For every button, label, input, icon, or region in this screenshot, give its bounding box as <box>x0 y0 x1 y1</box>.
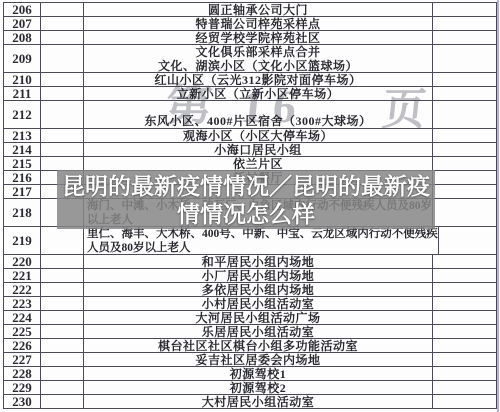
table-row: 220和平居民小组内场地 <box>4 255 496 269</box>
empty-cell <box>41 311 84 324</box>
empty-cell <box>433 45 496 72</box>
row-number: 216 <box>4 171 41 184</box>
empty-cell <box>41 17 84 30</box>
table-row: 230大村居民小组活动室 <box>4 395 496 409</box>
location-text: 特普瑞公司梓苑采样点 <box>84 17 432 31</box>
empty-cell <box>433 129 496 142</box>
empty-cell <box>41 325 84 338</box>
empty-cell <box>433 381 496 394</box>
empty-cell <box>41 157 84 170</box>
row-number: 217 <box>4 185 41 198</box>
table-row: 222多依居民小组内场地 <box>4 283 496 297</box>
location-cell: 多依居民小组内场地 <box>84 283 433 296</box>
empty-cell <box>41 45 84 72</box>
empty-cell <box>433 353 496 366</box>
empty-cell <box>433 395 496 408</box>
empty-cell <box>433 311 496 324</box>
row-number: 206 <box>4 3 41 16</box>
location-cell: 立新小区（立新小区停车场） <box>84 87 433 100</box>
location-text: 东风小区、400#片区宿舍（300#大球场） <box>84 114 432 128</box>
table-row: 215依兰片区 <box>4 157 496 171</box>
location-cell: 东风小区、400#片区宿舍（300#大球场） <box>84 101 433 128</box>
location-text: 文化俱乐部采样点合并 <box>84 45 432 59</box>
location-cell: 大村居民小组活动室 <box>84 395 433 408</box>
empty-cell <box>41 255 84 268</box>
location-cell: 大河居民小组活动广场 <box>84 311 433 324</box>
row-number: 225 <box>4 325 41 338</box>
location-text: 妥吉社区居委会内场地 <box>84 353 432 367</box>
empty-cell <box>41 339 84 352</box>
empty-cell <box>433 283 496 296</box>
empty-cell <box>433 157 496 170</box>
empty-cell <box>41 31 84 44</box>
headline-line1: 昆明的最新疫情情况／昆明的最新疫 <box>62 172 430 200</box>
empty-cell <box>433 185 496 198</box>
empty-cell <box>433 199 496 226</box>
table-row: 211立新小区（立新小区停车场） <box>4 87 496 101</box>
table-row: 219里仁、海丰、大木桥、400号、中新、中宝、云龙区域内行动不便残疾人员及80… <box>4 227 496 255</box>
row-number: 227 <box>4 353 41 366</box>
empty-cell <box>41 143 84 156</box>
location-text: 经贸学校学院梓苑社区 <box>84 31 432 45</box>
empty-cell <box>41 367 84 380</box>
table-row: 206圆正轴承公司大门 <box>4 3 496 17</box>
row-number: 226 <box>4 339 41 352</box>
table-row: 224大河居民小组活动广场 <box>4 311 496 325</box>
headline-line2: 情情况怎么样 <box>177 200 315 228</box>
empty-cell <box>433 325 496 338</box>
table-row: 228初源驾校1 <box>4 367 496 381</box>
location-text: 红山小区（云光312影院对面停车场） <box>84 73 432 87</box>
empty-cell <box>41 73 84 86</box>
location-text: 文化、湖滨小区（文化小区篮球场） <box>84 59 432 73</box>
row-number: 208 <box>4 31 41 44</box>
empty-cell <box>41 353 84 366</box>
empty-cell <box>41 3 84 16</box>
location-cell: 乐居居民小组活动室 <box>84 325 433 338</box>
empty-cell <box>433 367 496 380</box>
location-text: 依兰片区 <box>84 157 432 171</box>
location-cell: 依兰片区 <box>84 157 433 170</box>
empty-cell <box>41 87 84 100</box>
location-text <box>84 101 432 114</box>
empty-cell <box>41 129 84 142</box>
row-number: 228 <box>4 367 41 380</box>
row-number: 224 <box>4 311 41 324</box>
location-text: 初源驾校2 <box>84 381 432 395</box>
row-number: 213 <box>4 129 41 142</box>
row-number: 210 <box>4 73 41 86</box>
location-cell: 特普瑞公司梓苑采样点 <box>84 17 433 30</box>
table-row: 212东风小区、400#片区宿舍（300#大球场） <box>4 101 496 129</box>
location-text: 小村居民小组活动室 <box>84 297 432 311</box>
location-text: 小厂居民小组内场地 <box>84 269 432 283</box>
location-cell: 小海口居民小组 <box>84 143 433 156</box>
empty-cell <box>433 101 496 128</box>
table-row: 210红山小区（云光312影院对面停车场） <box>4 73 496 87</box>
location-text: 观海小区（小区大停车场） <box>84 129 432 143</box>
location-cell: 文化俱乐部采样点合并文化、湖滨小区（文化小区篮球场） <box>84 45 433 72</box>
table-row: 214小海口居民小组 <box>4 143 496 157</box>
location-text: 立新小区（立新小区停车场） <box>84 87 432 101</box>
row-number: 219 <box>4 227 41 254</box>
empty-cell <box>433 31 496 44</box>
row-number: 209 <box>4 45 41 72</box>
location-text: 人员及80岁以上老人 <box>84 241 438 255</box>
location-cell: 棋台社区社区棋台小组多功能活动室 <box>84 339 433 352</box>
table-row: 209文化俱乐部采样点合并文化、湖滨小区（文化小区篮球场） <box>4 45 496 73</box>
empty-cell <box>433 73 496 86</box>
empty-cell <box>433 339 496 352</box>
table-row: 207特普瑞公司梓苑采样点 <box>4 17 496 31</box>
empty-cell <box>433 143 496 156</box>
location-cell: 观海小区（小区大停车场） <box>84 129 433 142</box>
row-number: 229 <box>4 381 41 394</box>
location-cell: 和平居民小组内场地 <box>84 255 433 268</box>
empty-cell <box>41 283 84 296</box>
location-cell: 里仁、海丰、大木桥、400号、中新、中宝、云龙区域内行动不便残疾人员及80岁以上… <box>84 227 439 254</box>
table-row: 229初源驾校2 <box>4 381 496 395</box>
row-number: 230 <box>4 395 41 408</box>
location-text: 初源驾校1 <box>84 367 432 381</box>
table-row: 225乐居居民小组活动室 <box>4 325 496 339</box>
location-text: 多依居民小组内场地 <box>84 283 432 297</box>
row-number: 220 <box>4 255 41 268</box>
row-number: 214 <box>4 143 41 156</box>
empty-cell <box>41 227 84 254</box>
location-cell: 初源驾校2 <box>84 381 433 394</box>
location-text: 棋台社区社区棋台小组多功能活动室 <box>84 339 432 353</box>
location-cell: 小厂居民小组内场地 <box>84 269 433 282</box>
empty-cell <box>433 171 496 184</box>
empty-cell <box>41 269 84 282</box>
empty-cell <box>41 297 84 310</box>
row-number: 215 <box>4 157 41 170</box>
location-cell: 圆正轴承公司大门 <box>84 3 433 16</box>
row-number: 222 <box>4 283 41 296</box>
empty-cell <box>433 87 496 100</box>
row-number: 221 <box>4 269 41 282</box>
location-cell: 小村居民小组活动室 <box>84 297 433 310</box>
table-row: 226棋台社区社区棋台小组多功能活动室 <box>4 339 496 353</box>
empty-cell <box>41 381 84 394</box>
location-text: 圆正轴承公司大门 <box>84 3 432 17</box>
row-number: 207 <box>4 17 41 30</box>
location-text: 小海口居民小组 <box>84 143 432 157</box>
location-cell: 经贸学校学院梓苑社区 <box>84 31 433 44</box>
empty-cell <box>433 269 496 282</box>
location-cell: 妥吉社区居委会内场地 <box>84 353 433 366</box>
empty-cell <box>41 101 84 128</box>
location-cell: 红山小区（云光312影院对面停车场） <box>84 73 433 86</box>
row-number: 211 <box>4 87 41 100</box>
row-number: 223 <box>4 297 41 310</box>
table-row: 213观海小区（小区大停车场） <box>4 129 496 143</box>
table-row: 208经贸学校学院梓苑社区 <box>4 31 496 45</box>
table-row: 223小村居民小组活动室 <box>4 297 496 311</box>
empty-cell <box>439 227 496 254</box>
headline-overlay: 昆明的最新疫情情况／昆明的最新疫 情情况怎么样 <box>57 170 435 229</box>
empty-cell <box>433 17 496 30</box>
empty-cell <box>433 255 496 268</box>
location-text: 大河居民小组活动广场 <box>84 311 432 325</box>
screen-edge-line <box>497 0 499 412</box>
location-text: 乐居居民小组活动室 <box>84 325 432 339</box>
empty-cell <box>433 297 496 310</box>
empty-cell <box>433 3 496 16</box>
row-number: 212 <box>4 101 41 128</box>
row-number: 218 <box>4 199 41 226</box>
table-row: 227妥吉社区居委会内场地 <box>4 353 496 367</box>
table-row: 221小厂居民小组内场地 <box>4 269 496 283</box>
location-text: 大村居民小组活动室 <box>84 395 432 409</box>
empty-cell <box>41 395 84 408</box>
location-text: 和平居民小组内场地 <box>84 255 432 269</box>
location-cell: 初源驾校1 <box>84 367 433 380</box>
